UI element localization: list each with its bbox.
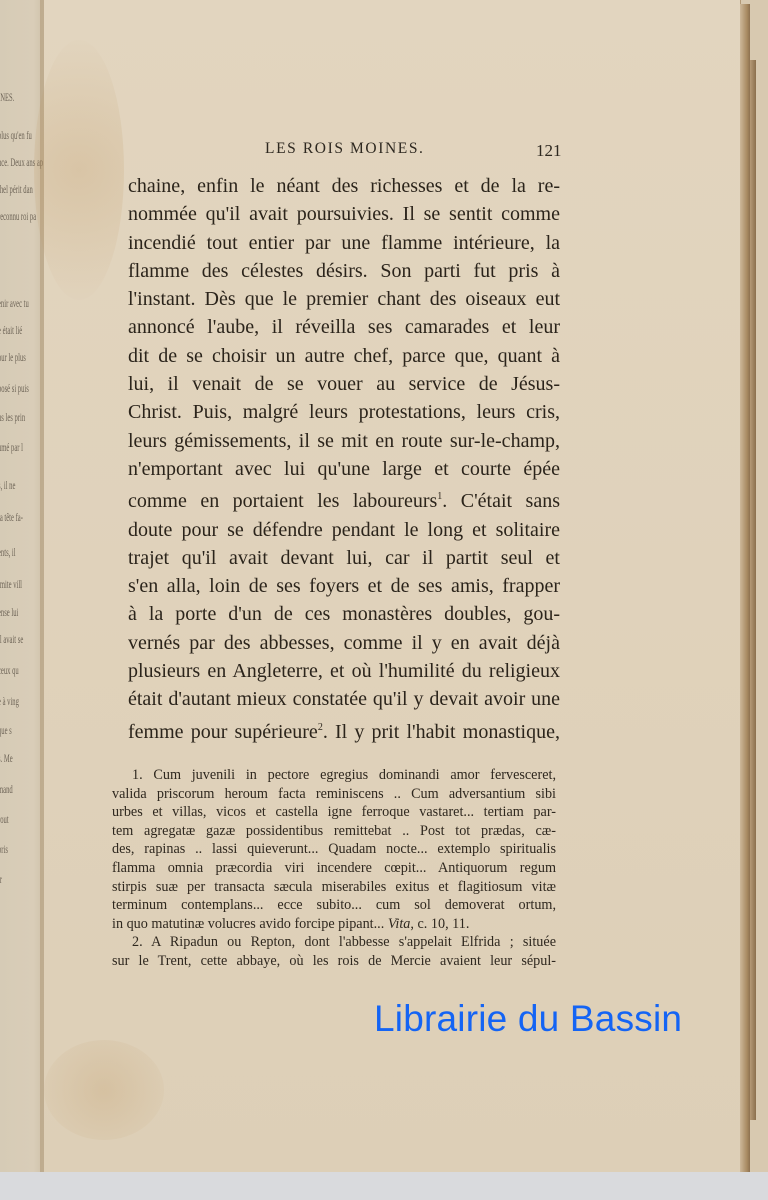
text-line: à la porte d'un de ces monastères double… (128, 600, 560, 628)
text-line: était d'autant mieux constatée qu'il y d… (128, 685, 560, 713)
text-line: n'emportant avec lui qu'une large et cou… (128, 455, 560, 483)
left-page-text-fragment: plus qu'en fu (0, 128, 32, 143)
text-line: lui, il venait de se vouer au service de… (128, 370, 560, 398)
text-segment: . Il y prit l'habit monastique, (323, 721, 560, 743)
left-page-text-fragment: e était lié (0, 323, 22, 338)
footnote-1-line: tem agregatæ gazæ possidentibus remitteb… (112, 822, 556, 841)
footnote-2-line: sur le Trent, cette abbaye, où les rois … (112, 952, 556, 971)
page-number: 121 (536, 141, 562, 161)
text-line: plusieurs en Angleterre, et où l'humilit… (128, 657, 560, 685)
left-page-text-fragment: rout (0, 812, 9, 827)
footnote-1-line: stirpis suæ per transacta sæcula miserab… (112, 878, 556, 897)
left-page-text-fragment: our le plus (0, 350, 26, 365)
footnotes: 1. Cum juvenili in pectore egregius domi… (112, 766, 556, 971)
left-page-text-fragment: s, il ne (0, 478, 15, 493)
left-page-text-fragment: ense lui (0, 605, 18, 620)
left-page-text-fragment: thel périt dan (0, 182, 33, 197)
footnote-1-line: 1. Cum juvenili in pectore egregius domi… (112, 766, 556, 785)
footnote-1-line: urbes et villas, vicos et castella igne … (112, 803, 556, 822)
text-line: incendié tout entier par une flamme inté… (128, 229, 560, 257)
left-page-text-fragment: posé si puis (0, 381, 29, 396)
text-line: s'en alla, loin de ses foyers et de ses … (128, 572, 560, 600)
text-line: comme en portaient les laboureurs1. C'ét… (128, 483, 560, 515)
left-page-text-fragment: enir avec tu (0, 296, 29, 311)
footnote-1-line: in quo matutinæ volucres avido forcipe p… (112, 915, 556, 934)
left-page-text-fragment: e à ving (0, 694, 19, 709)
left-page-text-fragment: reconnu roi pa (0, 209, 36, 224)
left-page-text-fragment: que s (0, 723, 12, 738)
text-line: Christ. Puis, malgré leurs protestations… (128, 398, 560, 426)
left-page-text-fragment: ents, il (0, 545, 16, 560)
text-segment: in quo matutinæ volucres avido forcipe p… (112, 916, 384, 932)
watermark: Librairie du Bassin (374, 998, 682, 1040)
text-line: vernés par des abbesses, comme il y en a… (128, 629, 560, 657)
footnote-1-line: flamma omnia præcordia viri incendere cœ… (112, 859, 556, 878)
footnote-1-line: des, rapinas .. lassi quieverunt... Quad… (112, 840, 556, 859)
left-page-text-fragment: imite vill (0, 577, 22, 592)
text-line: leurs gémissements, il se mit en route s… (128, 427, 560, 455)
left-page-text-fragment: ir (0, 872, 2, 887)
page-edge-inner (750, 60, 756, 1120)
left-page-text-fragment: la tête fa- (0, 510, 23, 525)
text-line: annoncé l'aube, il réveilla ses camarade… (128, 313, 560, 341)
left-page-text-fragment: mand (0, 782, 13, 797)
text-line: dit de se choisir un autre chef, parce q… (128, 342, 560, 370)
text-segment: , c. 10, 11. (410, 916, 469, 932)
table-surface (0, 1172, 768, 1200)
text-line: femme pour supérieure2. Il y prit l'habi… (128, 714, 560, 746)
footnote-2-line: 2. A Ripadun ou Repton, dont l'abbesse s… (112, 933, 556, 952)
citation-title: Vita (388, 916, 411, 932)
text-segment: . C'était sans (442, 490, 560, 512)
text-segment: femme pour supérieure (128, 721, 318, 743)
text-line: chaine, enfin le néant des richesses et … (128, 172, 560, 200)
left-page-text-fragment: umé par l (0, 440, 23, 455)
left-page-text-fragment: s. Me (0, 751, 13, 766)
left-page-text-fragment: ceux qu (0, 663, 19, 678)
left-page-text-fragment: pris (0, 842, 8, 857)
running-head: LES ROIS MOINES. (265, 140, 425, 158)
left-page-text-fragment: us les prin (0, 410, 25, 425)
text-line: nommée qu'il avait poursuivies. Il se se… (128, 200, 560, 228)
text-line: trajet qu'il avait devant lui, car il pa… (128, 544, 560, 572)
left-page-text-fragment: il avait se (0, 632, 23, 647)
text-segment: comme en portaient les laboureurs (128, 490, 437, 512)
text-line: doute pour se défendre pendant le long e… (128, 516, 560, 544)
page-edge (740, 4, 750, 1174)
footnote-1-line: valida priscorum heroum facta reminiscen… (112, 785, 556, 804)
paper-stain (44, 1040, 164, 1140)
paper-stain (34, 40, 124, 300)
left-page-text-fragment: INES. (0, 90, 14, 105)
footnote-1-line: terminum contemplans... ecce subito... c… (112, 896, 556, 915)
body-text: chaine, enfin le néant des richesses et … (128, 172, 560, 746)
text-line: l'instant. Dès que le premier chant des … (128, 285, 560, 313)
text-line: flamme des célestes désirs. Son parti fu… (128, 257, 560, 285)
